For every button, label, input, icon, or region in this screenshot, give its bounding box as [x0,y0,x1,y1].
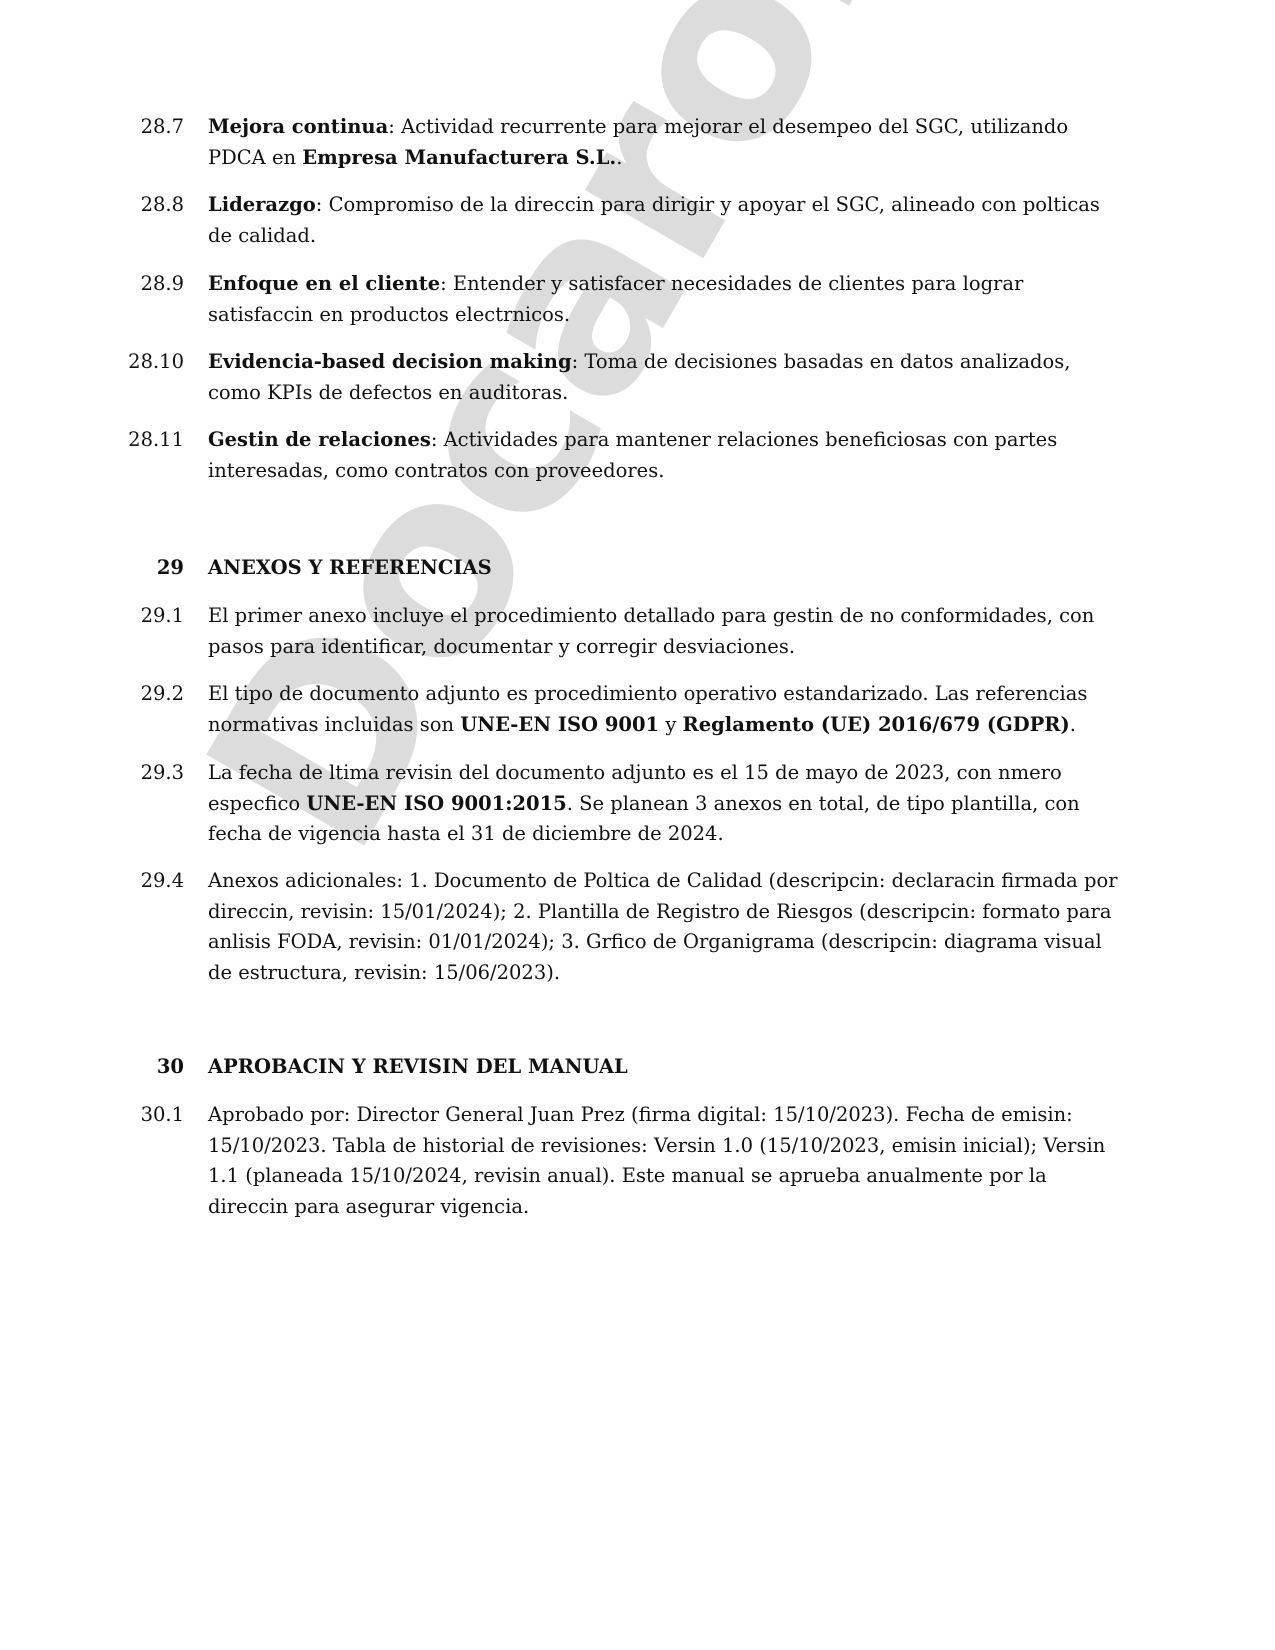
term: Enfoque en el cliente [208,272,440,295]
section-title: ANEXOS Y REFERENCIAS [208,553,1128,584]
term: Liderazgo [208,193,316,216]
clause-text: Mejora continua: Actividad recurrente pa… [208,112,1128,173]
clause-text: Gestin de relaciones: Actividades para m… [208,425,1128,486]
clause-number: 28.7 [110,112,184,143]
clause-number: 29.4 [110,866,184,897]
clause-text: Liderazgo: Compromiso de la direccin par… [208,190,1128,251]
clause-number: 29.2 [110,679,184,710]
clause-text: Evidencia-based decision making: Toma de… [208,347,1128,408]
clause-number: 28.10 [110,347,184,378]
standard-ref: UNE-EN ISO 9001 [460,713,659,736]
clause-text: El tipo de documento adjunto es procedim… [208,679,1128,740]
clause-text: Enfoque en el cliente: Entender y satisf… [208,269,1128,330]
regulation-ref: Reglamento (UE) 2016/679 (GDPR) [683,713,1070,736]
clause-text: El primer anexo incluye el procedimiento… [208,601,1128,662]
term: Evidencia-based decision making [208,350,572,373]
clause-number: 28.8 [110,190,184,221]
section-number: 30 [110,1052,184,1083]
term: Mejora continua [208,115,388,138]
clause-text: Aprobado por: Director General Juan Prez… [208,1100,1128,1222]
term: Gestin de relaciones [208,428,431,451]
section-number: 29 [110,553,184,584]
clause-number: 28.9 [110,269,184,300]
clause-number: 30.1 [110,1100,184,1131]
section-title: APROBACIN Y REVISIN DEL MANUAL [208,1052,1128,1083]
clause-number: 29.3 [110,758,184,789]
clause-text: Anexos adicionales: 1. Documento de Polt… [208,866,1128,988]
standard-ref: UNE-EN ISO 9001:2015 [306,792,566,815]
company-name: Empresa Manufacturera S.L. [302,146,616,169]
clause-number: 29.1 [110,601,184,632]
clause-number: 28.11 [110,425,184,456]
clause-text: La fecha de ltima revisin del documento … [208,758,1128,850]
